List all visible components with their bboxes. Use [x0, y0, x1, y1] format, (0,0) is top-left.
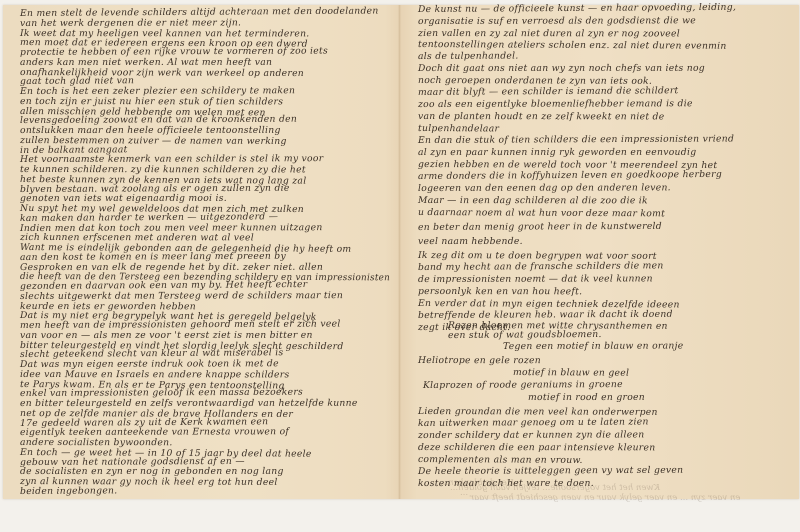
- show-through-text: en vaer zyn ... en vaer gelyk vaur en va…: [470, 493, 740, 503]
- handwritten-line: zonder schildery dat er kunnen zyn die a…: [418, 429, 644, 441]
- handwritten-line: slechts uitgewerkt dat men Tersteeg werd…: [20, 290, 343, 302]
- handwritten-line: Doch dit gaat ons niet aan wy zyn noch c…: [418, 63, 705, 74]
- handwritten-line: van de planten houdt en ze zelf kweekt e…: [418, 111, 664, 122]
- show-through-text: ...: [460, 488, 468, 498]
- handwritten-line: en beter dan menig groot heer in de kuns…: [418, 221, 662, 233]
- handwritten-line: De kunst nu — de officieele kunst — en h…: [418, 2, 736, 15]
- handwritten-line: als de tulpenhandel.: [418, 51, 519, 62]
- handwritten-line: beiden ingebongen.: [20, 485, 118, 497]
- handwritten-line: deze schilderen die een paar intensieve …: [418, 442, 655, 453]
- handwritten-line: En dan die stuk of tien schilders die ee…: [418, 133, 734, 146]
- handwritten-line: zien vallen en zy zal niet duren al zyn …: [418, 28, 680, 39]
- handwritten-line: Heliotrope en gele rozen: [418, 355, 541, 366]
- handwritten-line: Maar — in een dag schilderen al die zoo …: [418, 195, 648, 206]
- handwritten-line: anders kan men niet werken. Al wat men h…: [20, 57, 272, 68]
- handwritten-line: al zyn en paar kunnen innig ryk geworden…: [418, 147, 696, 158]
- show-through-text: Kwen het het vogersoone... tevjen vaan g…: [450, 483, 660, 493]
- handwritten-line: motief in blauw en geel: [513, 367, 629, 379]
- handwritten-line: band my hecht aan de fransche schilders …: [418, 260, 664, 273]
- handwritten-line: arme donders die in koffyhuizen leven en…: [418, 169, 722, 182]
- handwritten-line: een stuk of wat goudsbloemen.: [448, 329, 602, 341]
- handwritten-line: de impressionisten noemt — dat ik veel k…: [418, 273, 653, 285]
- handwritten-line: u daarnaar noem al wat hun voor deze maa…: [418, 207, 665, 219]
- paper-fold: [398, 5, 401, 499]
- handwritten-line: van voor en — als men ze voor 't eerst z…: [20, 330, 313, 341]
- handwritten-line: maar dit blyft — een schilder is iemand …: [418, 85, 679, 98]
- handwritten-line: Klaprozen of roode geraniums in groene: [423, 379, 623, 391]
- handwritten-line: De heele theorie is uitteleggen geen vy …: [418, 465, 683, 477]
- handwritten-line: logeeren van den eenen dag op den andere…: [418, 182, 671, 194]
- handwritten-line: organisatie is suf en verroesd als den g…: [418, 15, 696, 27]
- handwritten-line: zoo als een eigentlyke bloemenliefhebber…: [418, 98, 693, 110]
- handwritten-line: complementen als man en vrouw.: [418, 454, 583, 466]
- handwritten-line: motief in rood en groen: [528, 392, 645, 403]
- handwritten-line: tulpenhandelaar: [418, 123, 499, 134]
- handwritten-line: kan uitwerken maar genoeg om u te laten …: [418, 416, 649, 429]
- handwritten-line: van het werk dergenen die er niet meer z…: [20, 17, 241, 29]
- handwritten-line: Tegen een motief in blauw en oranje: [503, 340, 684, 352]
- handwritten-line: persoonlyk ken en van hou heeft.: [418, 286, 582, 297]
- handwritten-line: veel naam hebbende.: [418, 236, 523, 247]
